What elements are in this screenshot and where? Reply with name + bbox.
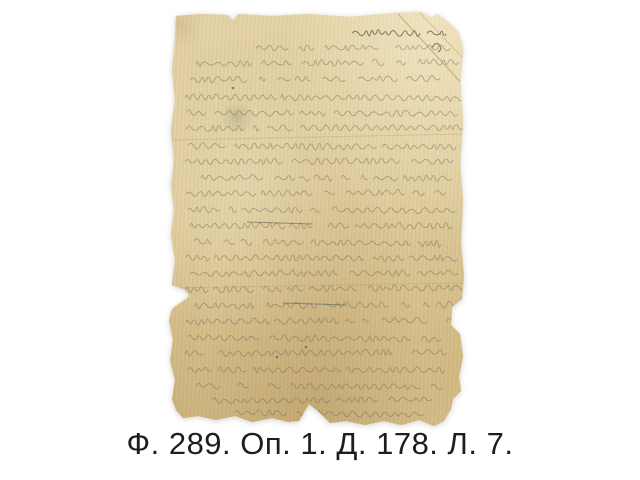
letter-photo	[0, 0, 640, 480]
archive-reference-caption: Ф. 289. Оп. 1. Д. 178. Л. 7.	[0, 426, 640, 462]
paper-sheet	[160, 12, 468, 428]
handwriting-texture	[0, 0, 640, 480]
presentation-slide: Ф. 289. Оп. 1. Д. 178. Л. 7.	[0, 0, 640, 480]
